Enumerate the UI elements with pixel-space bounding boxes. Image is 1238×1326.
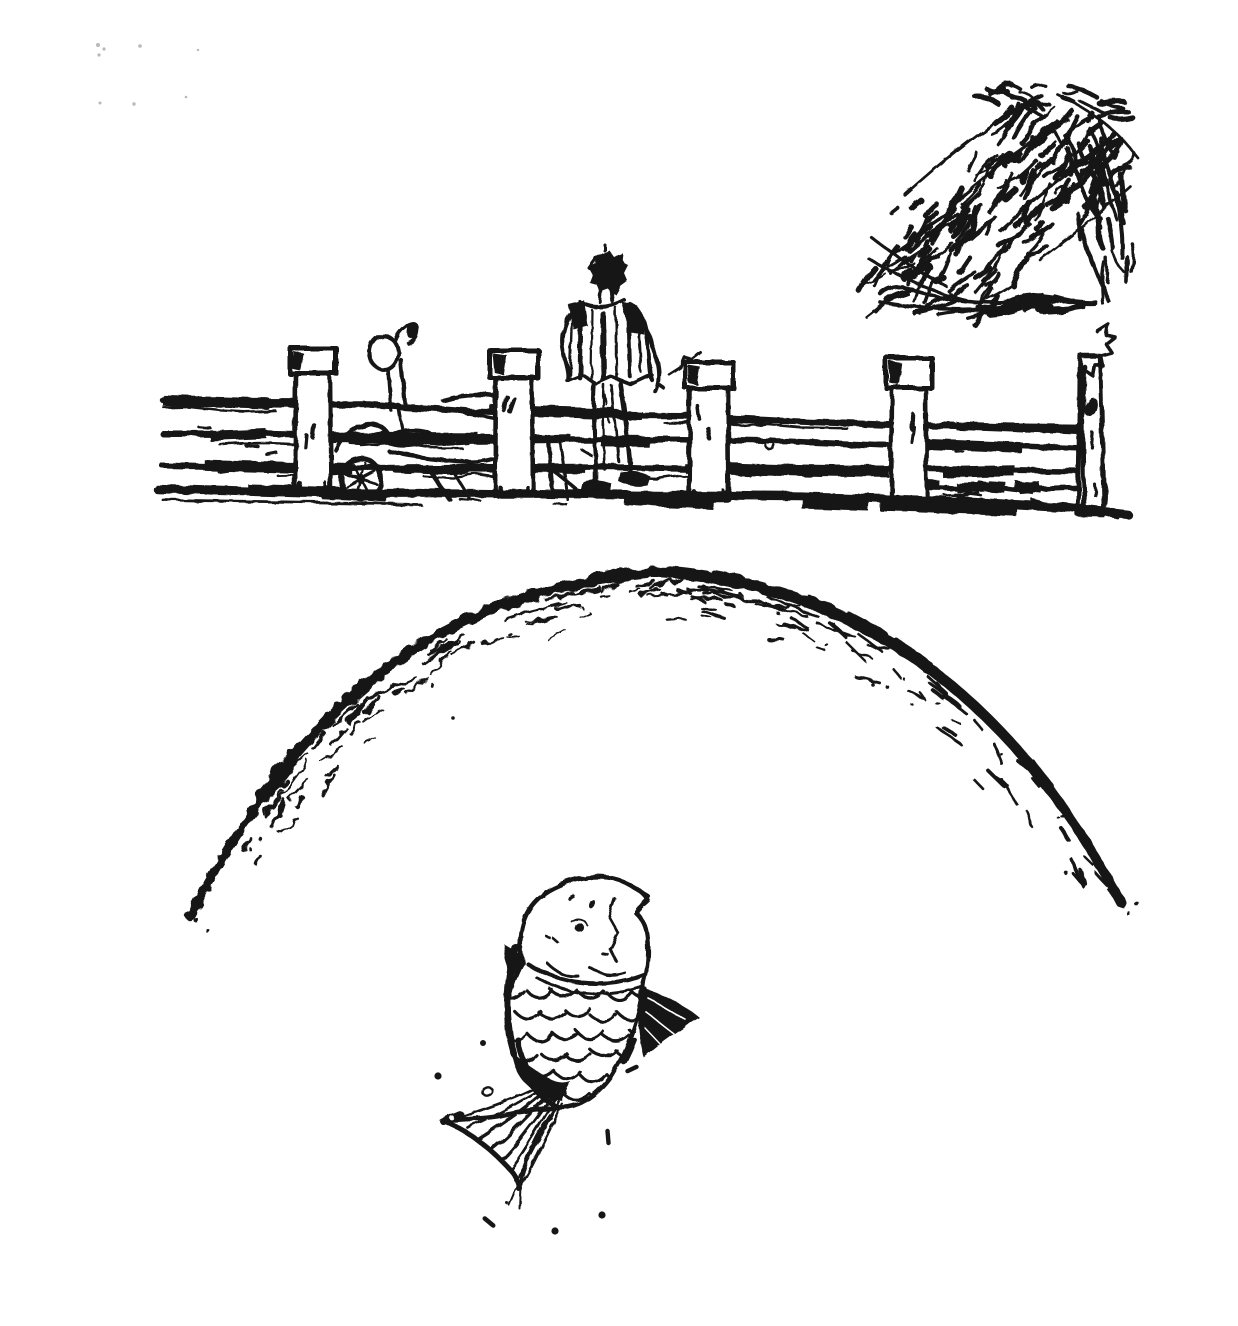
pedestrian-figure <box>562 244 700 494</box>
willow-tree-icon <box>859 84 1138 325</box>
ink-sketch <box>0 0 1238 1326</box>
bridge-arch <box>186 571 1139 933</box>
paper-specks <box>96 43 199 106</box>
ink-specks <box>434 683 874 1234</box>
bridge-railing <box>157 325 1128 518</box>
sketch-canvas <box>0 0 1238 1326</box>
